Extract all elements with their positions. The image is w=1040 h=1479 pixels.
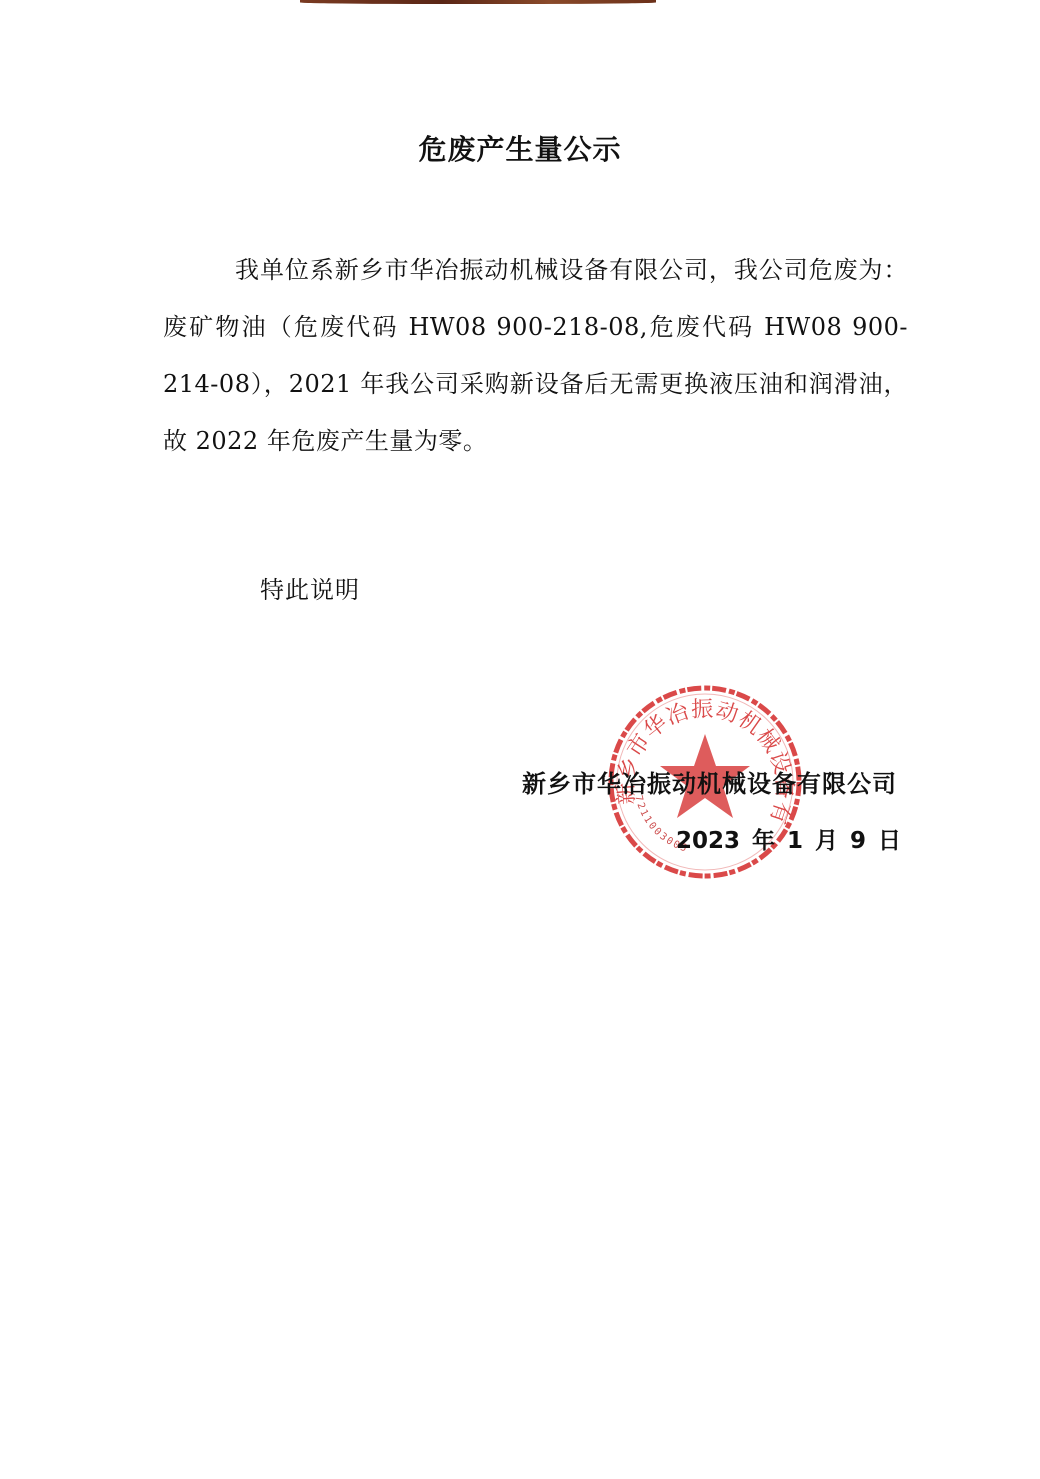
paper-top-edge: [300, 0, 656, 4]
page-title: 危废产生量公示: [0, 128, 1040, 168]
body-paragraph: 我单位系新乡市华冶振动机械设备有限公司，我公司危废为：废矿物油（危废代码 HW0…: [163, 242, 908, 470]
signature-company-name: 新乡市华冶振动机械设备有限公司: [522, 764, 897, 799]
closing-remark: 特此说明: [260, 570, 360, 605]
signature-date: 2023 年 1 月 9 日: [676, 822, 901, 855]
